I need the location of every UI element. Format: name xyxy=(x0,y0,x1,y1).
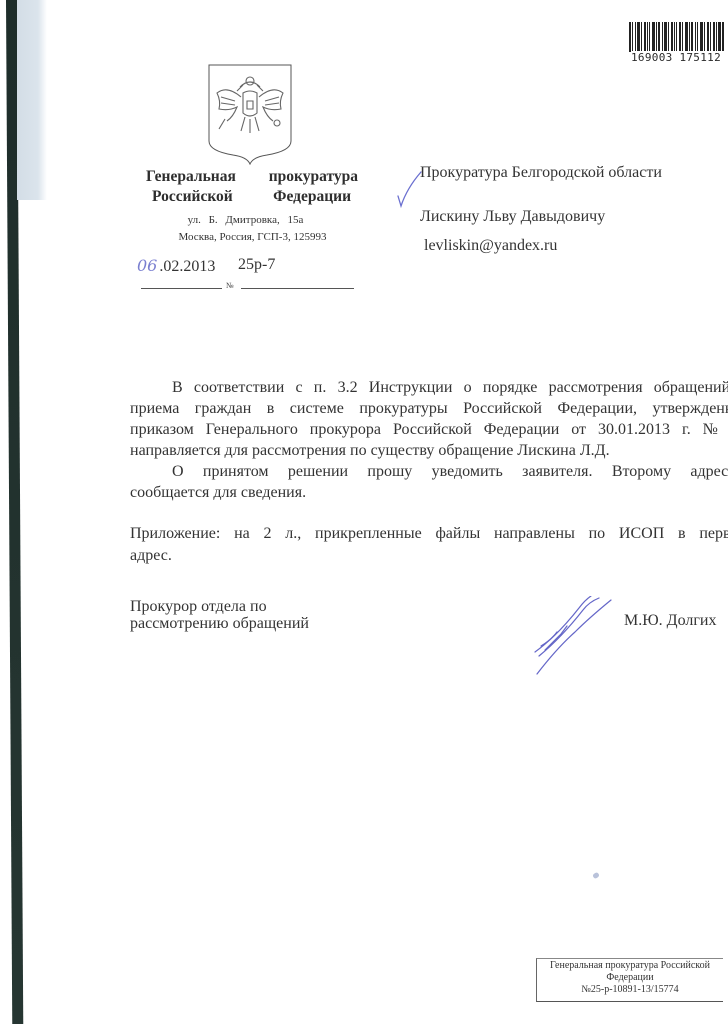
org-name-word: Российской xyxy=(152,187,233,207)
recipient-email: levliskin@yandex.ru xyxy=(424,237,557,255)
word: 30.01.2013 xyxy=(598,419,670,440)
word: граждан xyxy=(195,398,252,419)
recipient-prosecutor-office: Прокуратура Белгородской области xyxy=(420,164,662,182)
word: рассмотрения xyxy=(549,377,643,398)
word: уведомить xyxy=(432,461,503,482)
word: 2 xyxy=(264,523,272,545)
org-name-word: Генеральная xyxy=(146,167,236,187)
word: о xyxy=(464,377,472,398)
body-line: приемагражданвсистемепрокуратурыРоссийск… xyxy=(130,398,728,419)
barcode-number: 169003 175112 xyxy=(631,51,727,64)
word: с xyxy=(295,377,302,398)
body-line: Всоответствиисп.3.2Инструкцииопорядкерас… xyxy=(130,377,728,398)
word: г. xyxy=(682,419,691,440)
signer-title-line: рассмотрению обращений xyxy=(130,615,309,632)
recipient-person: Лискину Льву Давыдовичу xyxy=(420,208,605,226)
word: Инструкции xyxy=(369,377,453,398)
word: л., xyxy=(285,523,301,545)
document-date: 06.02.2013 xyxy=(137,256,215,276)
body-line: приказомГенеральногопрокурораРоссийскойФ… xyxy=(130,419,728,440)
ink-speck xyxy=(592,872,600,880)
word: соответствии xyxy=(194,377,284,398)
body-line: направляется для рассмотрения по существ… xyxy=(130,440,728,461)
word: принятом xyxy=(203,461,269,482)
word: 3.2 xyxy=(338,377,358,398)
attachment-note: Приложение:на2л.,прикрепленныефайлынапра… xyxy=(130,523,728,567)
registration-stamp: Генеральная прокуратура Российской Федер… xyxy=(536,958,723,1002)
word: прикрепленные xyxy=(315,523,422,545)
handwritten-day: 06 xyxy=(137,256,157,275)
word: адресату xyxy=(690,461,728,482)
word: в xyxy=(678,523,686,545)
org-name-word: прокуратура xyxy=(269,167,358,187)
word: файлы xyxy=(435,523,480,545)
word: системе xyxy=(290,398,344,419)
address-city: Москва, Россия, ГСП-3, 125993 xyxy=(130,229,375,246)
word: приема xyxy=(130,398,179,419)
attachment-line: Приложение:на2л.,прикрепленныефайлынапра… xyxy=(130,523,728,545)
number-sign: № xyxy=(226,281,234,290)
body-line: Опринятомрешениипрошууведомитьзаявителя.… xyxy=(130,461,728,482)
russian-coat-of-arms-icon xyxy=(207,63,293,165)
word: п. xyxy=(314,377,327,398)
stamp-line: Генеральная прокуратура Российской xyxy=(537,960,723,972)
word: О xyxy=(172,461,184,482)
barcode xyxy=(629,22,725,54)
word: ИСОП xyxy=(619,523,664,545)
word: на xyxy=(234,523,250,545)
scan-edge-tint xyxy=(17,0,47,200)
number-underline xyxy=(241,288,354,289)
word: Федерации xyxy=(484,419,560,440)
stamp-line: №25-р-10891-13/15774 xyxy=(537,984,723,996)
word: В xyxy=(172,377,183,398)
word: порядке xyxy=(483,377,538,398)
word: от xyxy=(571,419,586,440)
word: Второму xyxy=(612,461,671,482)
word: в xyxy=(267,398,275,419)
word: заявителя. xyxy=(522,461,592,482)
word: Приложение: xyxy=(130,523,220,545)
word: Российской xyxy=(463,398,542,419)
attachment-line: адрес. xyxy=(130,545,728,567)
organization-name: Генеральная прокуратура Российской Федер… xyxy=(130,167,375,207)
handwritten-signature-icon xyxy=(527,596,613,676)
word: прокурора xyxy=(310,419,381,440)
word: прокуратуры xyxy=(359,398,447,419)
word: приказом xyxy=(130,419,194,440)
date-month-year: .02.2013 xyxy=(159,258,215,275)
word: решении xyxy=(288,461,348,482)
letter-body: Всоответствиисп.3.2Инструкцииопорядкерас… xyxy=(130,377,728,503)
signer-name: М.Ю. Долгих xyxy=(624,612,716,630)
date-underline xyxy=(141,288,222,289)
word: Генерального xyxy=(206,419,298,440)
word: по xyxy=(589,523,606,545)
word: № xyxy=(703,419,718,440)
word: направлены xyxy=(494,523,575,545)
document-number: 25р-7 xyxy=(238,256,275,274)
address-street: ул. Б. Дмитровка, 15а xyxy=(116,212,375,229)
word: первый xyxy=(699,523,728,545)
word: обращений xyxy=(654,377,728,398)
word: прошу xyxy=(367,461,412,482)
word: Федерации, xyxy=(557,398,637,419)
word: Российской xyxy=(393,419,472,440)
organization-address: ул. Б. Дмитровка, 15а Москва, Россия, ГС… xyxy=(130,212,375,246)
stamp-line: Федерации xyxy=(537,972,723,984)
signer-title: Прокурор отдела по рассмотрению обращени… xyxy=(130,598,309,632)
org-name-word: Федерации xyxy=(273,187,351,207)
signer-title-line: Прокурор отдела по xyxy=(130,598,309,615)
barcode-bars-icon xyxy=(629,22,725,52)
word: утвержденной xyxy=(652,398,728,419)
body-line: сообщается для сведения. xyxy=(130,482,728,503)
